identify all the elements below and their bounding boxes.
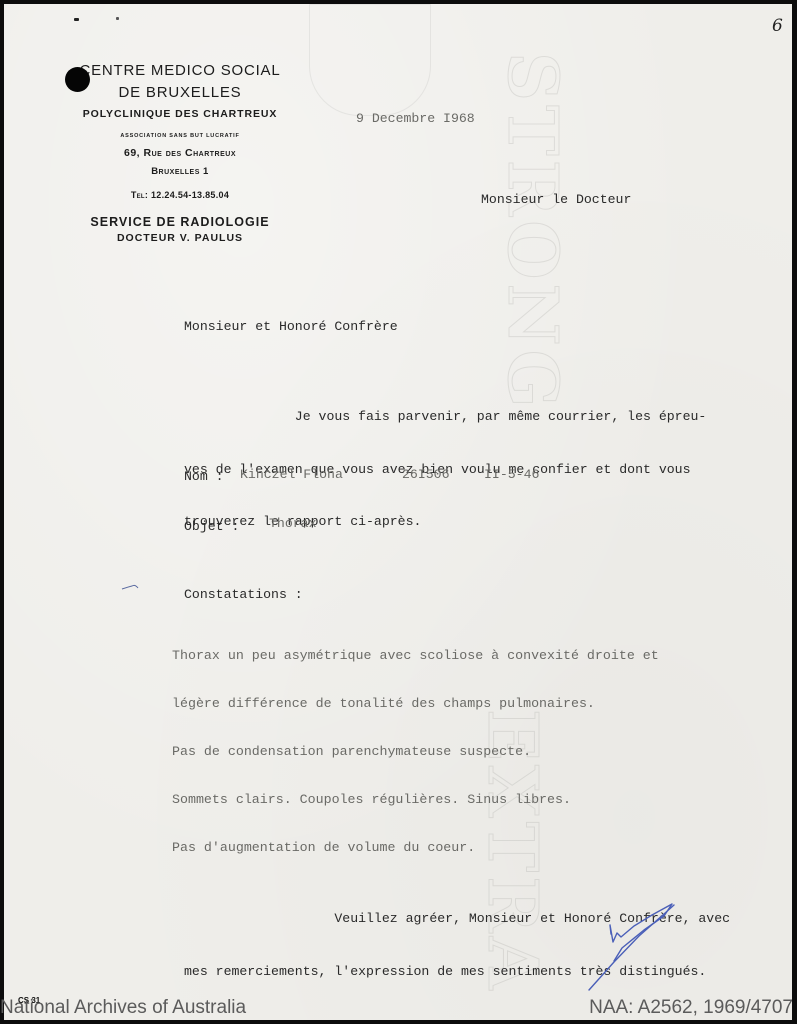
document-page: STRONG EXTRA 6 CENTRE MEDICO SOCIAL DE B… — [4, 4, 792, 1020]
archive-name: National Archives of Australia — [0, 997, 246, 1019]
signature — [4, 4, 792, 1020]
archive-reference: NAA: A2562, 1969/4707 — [589, 997, 793, 1019]
